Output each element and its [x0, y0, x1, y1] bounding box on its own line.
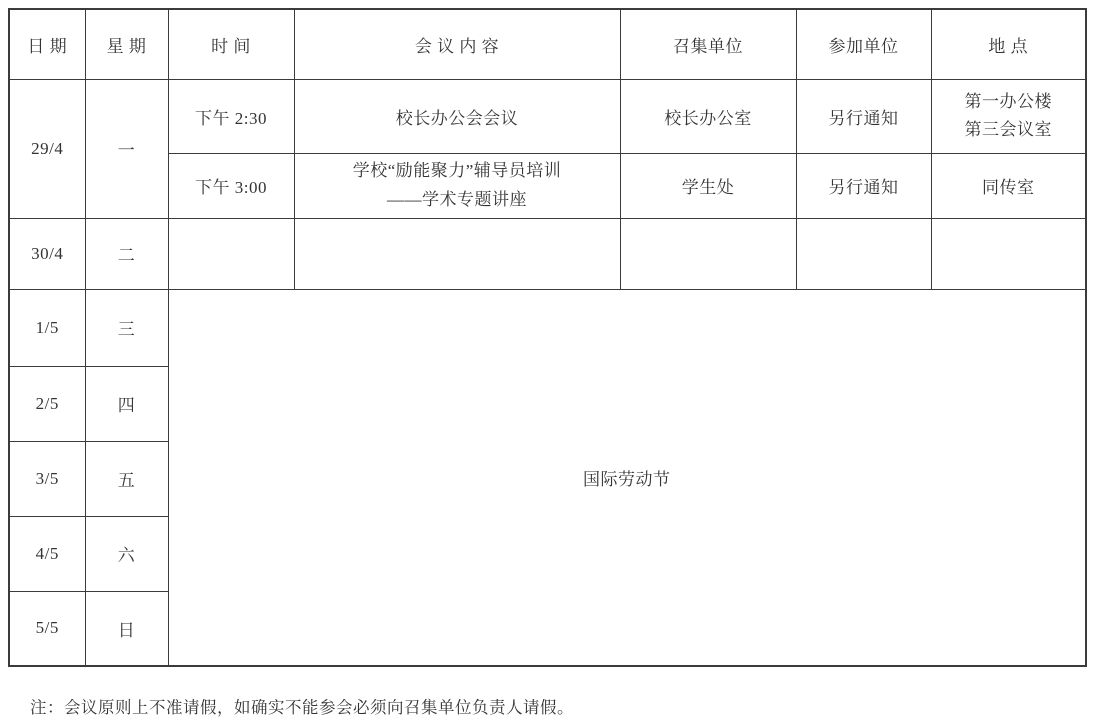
cell-location-meeting-1: 第一办公楼 第三会议室 [931, 79, 1086, 153]
cell-date-4-5: 4/5 [9, 516, 85, 591]
header-location: 地 点 [931, 9, 1086, 79]
cell-content-meeting-2: 学校“励能聚力”辅导员培训 ——学术专题讲座 [294, 153, 620, 218]
cell-date-29-4: 29/4 [9, 79, 85, 218]
row-1-5: 1/5 三 国际劳动节 [9, 289, 1086, 366]
header-time: 时 间 [168, 9, 294, 79]
cell-time-meeting-1: 下午 2:30 [168, 79, 294, 153]
cell-date-30-4: 30/4 [9, 218, 85, 289]
cell-weekday-29-4: 一 [85, 79, 168, 218]
cell-location-meeting-2: 同传室 [931, 153, 1086, 218]
header-content: 会 议 内 容 [294, 9, 620, 79]
cell-time-meeting-2: 下午 3:00 [168, 153, 294, 218]
cell-weekday-30-4: 二 [85, 218, 168, 289]
footnote: 注：会议原则上不准请假，如确实不能参会必须向召集单位负责人请假。 [30, 694, 574, 718]
cell-weekday-1-5: 三 [85, 289, 168, 366]
meeting-schedule-table: 日 期 星 期 时 间 会 议 内 容 召集单位 参加单位 地 点 29/4 一… [8, 8, 1087, 667]
cell-weekday-4-5: 六 [85, 516, 168, 591]
cell-participants-30-4 [796, 218, 931, 289]
cell-content-meeting-1: 校长办公会会议 [294, 79, 620, 153]
header-participants: 参加单位 [796, 9, 931, 79]
cell-time-30-4 [168, 218, 294, 289]
cell-participants-meeting-1: 另行通知 [796, 79, 931, 153]
cell-date-3-5: 3/5 [9, 441, 85, 516]
header-weekday: 星 期 [85, 9, 168, 79]
header-convener: 召集单位 [620, 9, 796, 79]
cell-location-30-4 [931, 218, 1086, 289]
document-page: 日 期 星 期 时 间 会 议 内 容 召集单位 参加单位 地 点 29/4 一… [0, 0, 1094, 725]
cell-date-2-5: 2/5 [9, 366, 85, 441]
cell-date-1-5: 1/5 [9, 289, 85, 366]
cell-weekday-2-5: 四 [85, 366, 168, 441]
cell-convener-meeting-1: 校长办公室 [620, 79, 796, 153]
cell-convener-30-4 [620, 218, 796, 289]
header-date: 日 期 [9, 9, 85, 79]
cell-date-5-5: 5/5 [9, 591, 85, 666]
cell-holiday-label: 国际劳动节 [168, 289, 1086, 666]
row-30-4: 30/4 二 [9, 218, 1086, 289]
cell-convener-meeting-2: 学生处 [620, 153, 796, 218]
cell-weekday-3-5: 五 [85, 441, 168, 516]
cell-weekday-5-5: 日 [85, 591, 168, 666]
row-29-4-meeting-1: 29/4 一 下午 2:30 校长办公会会议 校长办公室 另行通知 第一办公楼 … [9, 79, 1086, 153]
cell-participants-meeting-2: 另行通知 [796, 153, 931, 218]
cell-content-30-4 [294, 218, 620, 289]
row-29-4-meeting-2: 下午 3:00 学校“励能聚力”辅导员培训 ——学术专题讲座 学生处 另行通知 … [9, 153, 1086, 218]
header-row: 日 期 星 期 时 间 会 议 内 容 召集单位 参加单位 地 点 [9, 9, 1086, 79]
